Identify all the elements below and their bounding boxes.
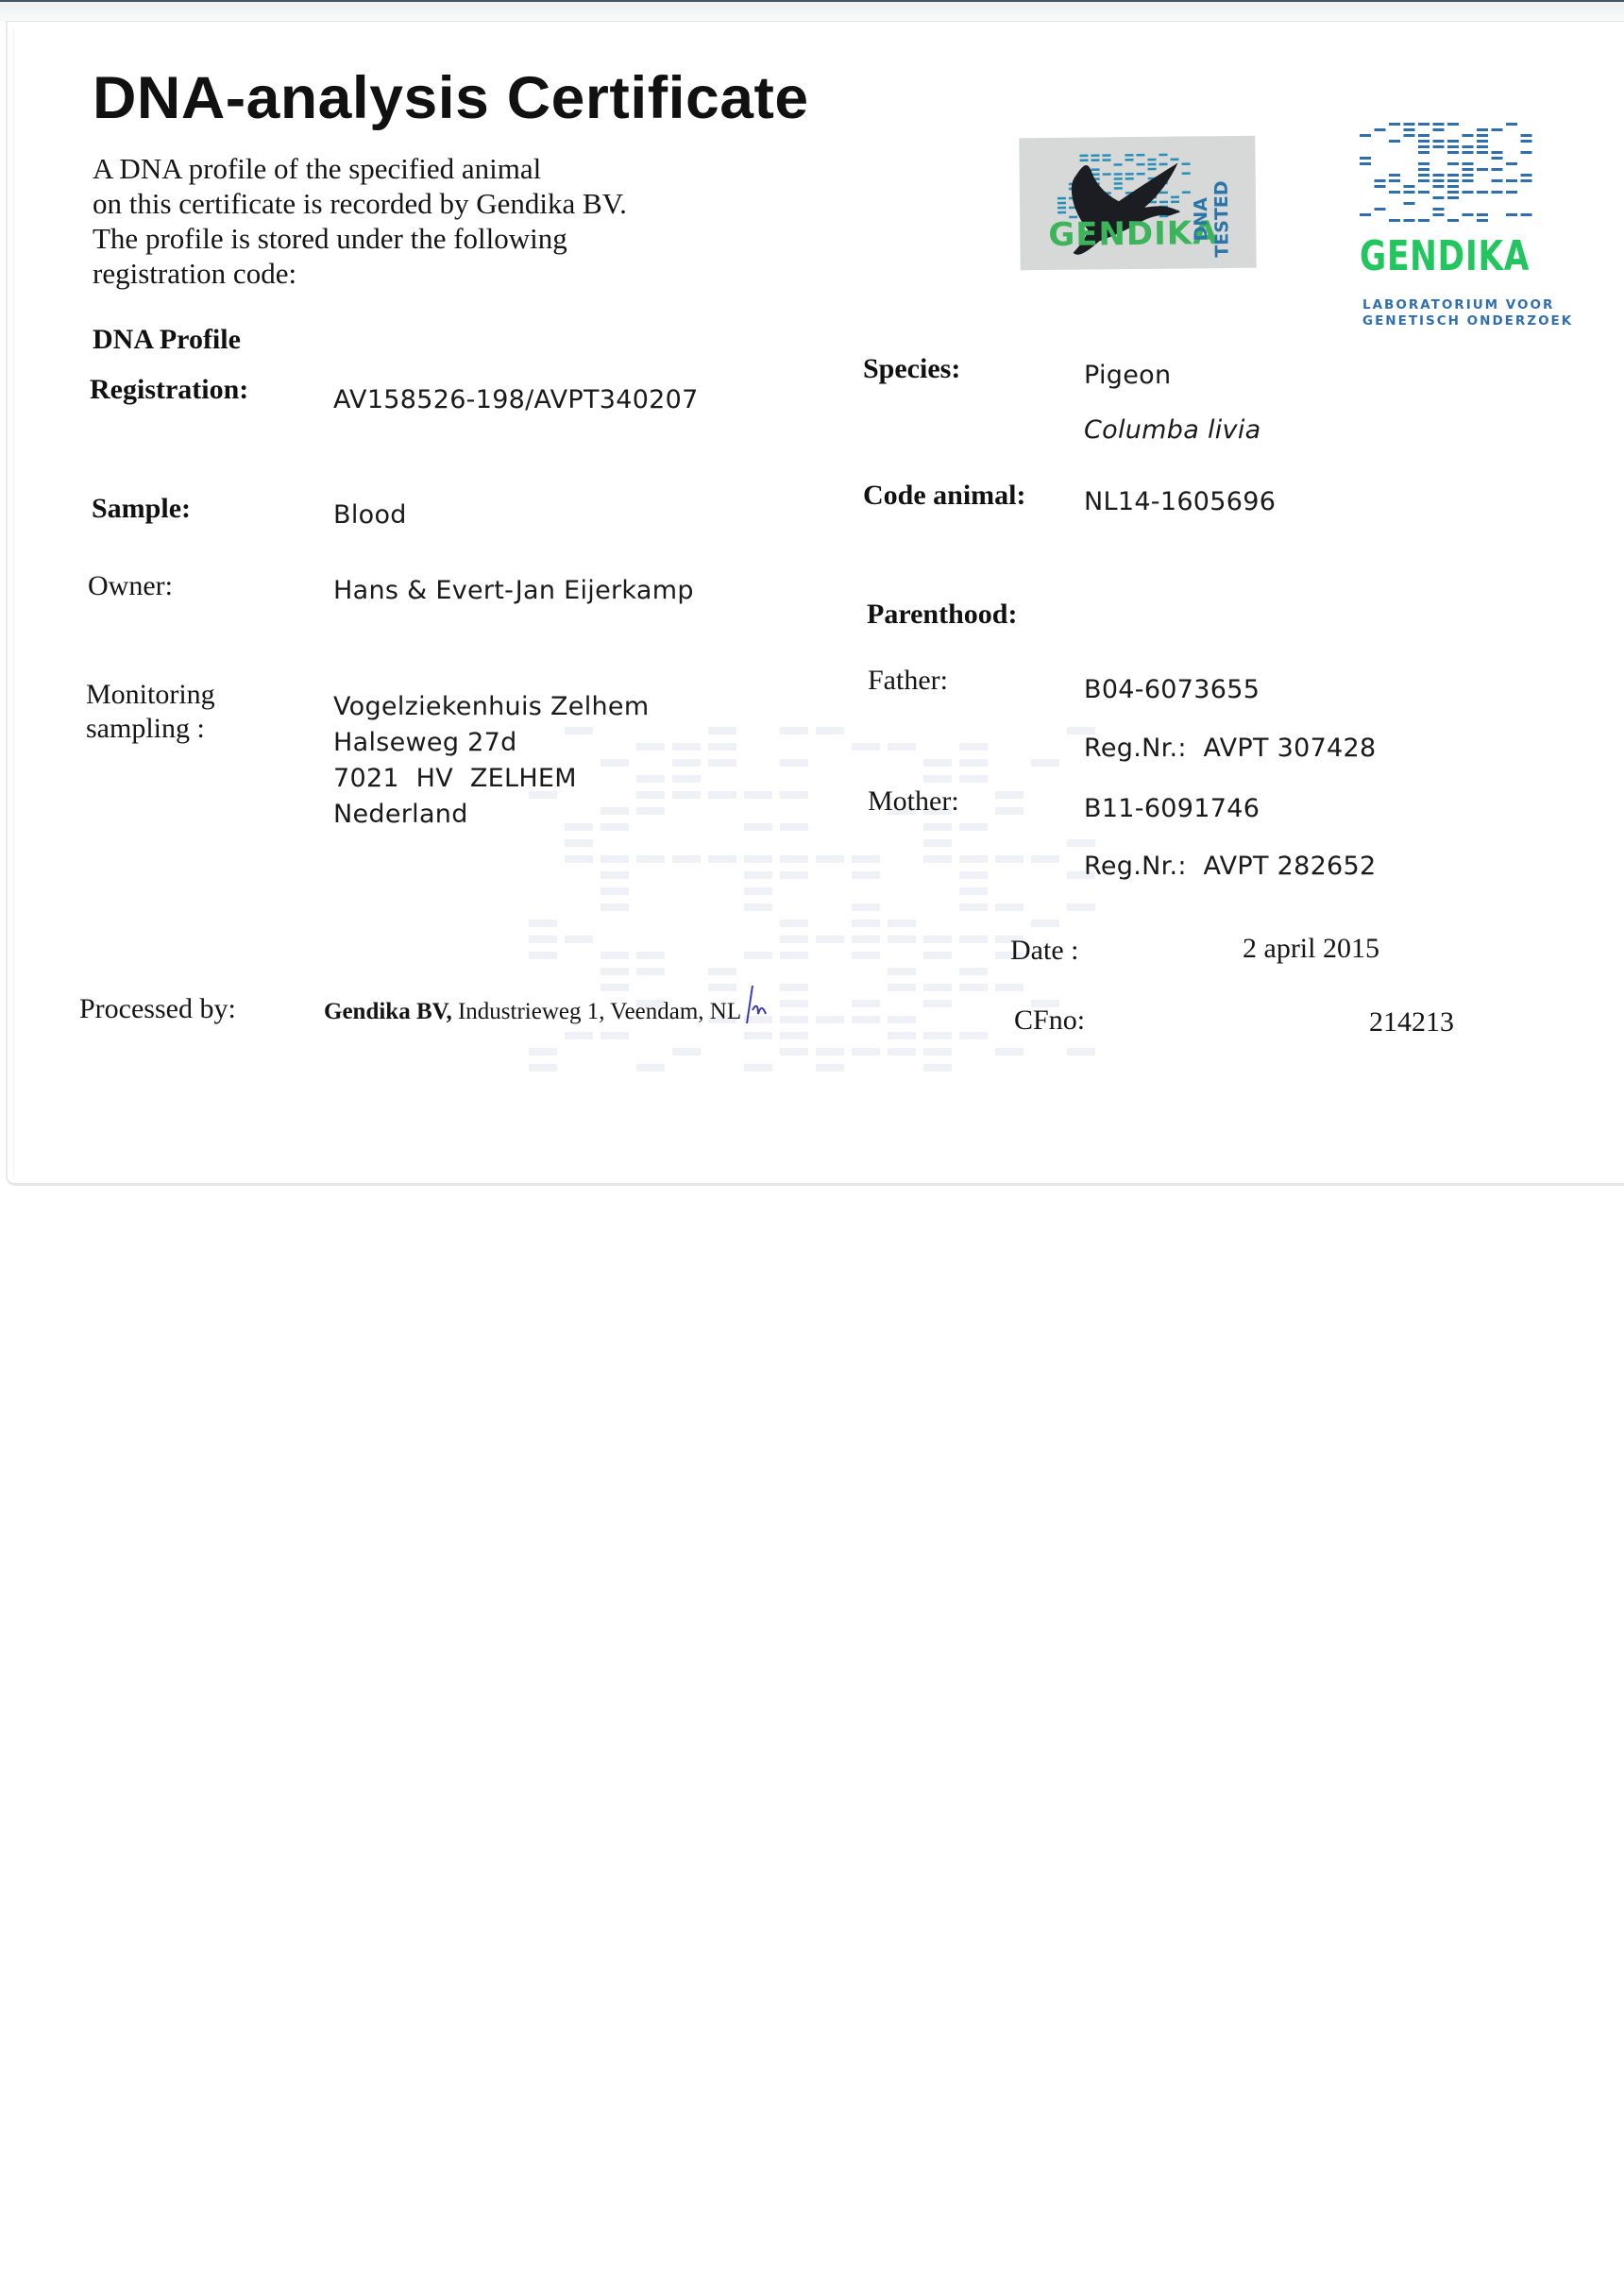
logo-subtitle: LABORATORIUM VOOR GENETISCH ONDERZOEK [1362, 297, 1537, 329]
scan-left-edge [13, 28, 14, 1180]
parenthood-heading: Parenthood: [867, 599, 1017, 631]
address-line: 7021 HV ZELHEM [333, 761, 649, 797]
code-animal-value: NL14-1605696 [1084, 487, 1276, 516]
species-common-name: Pigeon [1084, 361, 1171, 390]
date-value: 2 april 2015 [1243, 933, 1379, 965]
species-latin-name: Columba livia [1084, 415, 1260, 445]
logo-subtitle-line: LABORATORIUM VOOR [1362, 297, 1537, 313]
father-reg: Reg.Nr.: AVPT 307428 [1084, 734, 1376, 763]
cfno-label: CFno: [1014, 1004, 1085, 1037]
intro-line: A DNA profile of the specified animal [93, 151, 753, 186]
intro-line: The profile is stored under the followin… [93, 221, 753, 256]
dna-bars-logo-icon [1360, 123, 1534, 227]
logo-subtitle-line: GENETISCH ONDERZOEK [1362, 313, 1537, 329]
certificate-title: DNA-analysis Certificate [93, 64, 809, 132]
address-line: Vogelziekenhuis Zelhem [333, 689, 649, 725]
processed-company: Gendika BV, [324, 999, 452, 1024]
owner-value: Hans & Evert-Jan Eijerkamp [333, 576, 694, 605]
processed-by-label: Processed by: [79, 993, 236, 1025]
date-label: Date : [1010, 935, 1078, 967]
code-animal-label: Code animal: [863, 480, 1026, 512]
mother-ring: B11-6091746 [1084, 794, 1260, 823]
address-line: Halseweg 27d [333, 725, 649, 761]
sample-value: Blood [333, 500, 407, 530]
processed-address: Industrieweg 1, Veendam, NL [452, 999, 741, 1024]
monitoring-label: Monitoring sampling : [86, 678, 215, 746]
registration-label: Registration: [90, 374, 248, 406]
father-label: Father: [868, 665, 948, 697]
species-label: Species: [863, 353, 960, 385]
owner-label: Owner: [88, 570, 173, 602]
section-heading-dna-profile: DNA Profile [93, 324, 241, 356]
monitoring-label-line: sampling : [86, 712, 215, 746]
monitoring-address: Vogelziekenhuis Zelhem Halseweg 27d 7021… [333, 689, 649, 833]
monitoring-label-line: Monitoring [86, 678, 215, 712]
mother-label: Mother: [868, 785, 959, 818]
processed-by-value: Gendika BV, Industrieweg 1, Veendam, NL [324, 999, 741, 1025]
father-ring: B04-6073655 [1084, 675, 1260, 704]
sample-label: Sample: [92, 493, 191, 525]
address-line: Nederland [333, 797, 649, 833]
logo-wordmark: GENDIKA [1360, 232, 1530, 280]
dna-tested-sticker: GENDIKA DNA TESTED [1019, 136, 1256, 271]
cfno-value: 214213 [1369, 1006, 1454, 1038]
intro-line: on this certificate is recorded by Gendi… [93, 186, 753, 221]
intro-text: A DNA profile of the specified animal on… [93, 151, 753, 291]
signature-mark-icon [743, 982, 771, 1029]
mother-reg: Reg.Nr.: AVPT 282652 [1084, 852, 1376, 881]
intro-line: registration code: [93, 256, 753, 291]
registration-value: AV158526-198/AVPT340207 [333, 385, 699, 414]
sticker-dna-tested: DNA TESTED [1191, 167, 1233, 271]
